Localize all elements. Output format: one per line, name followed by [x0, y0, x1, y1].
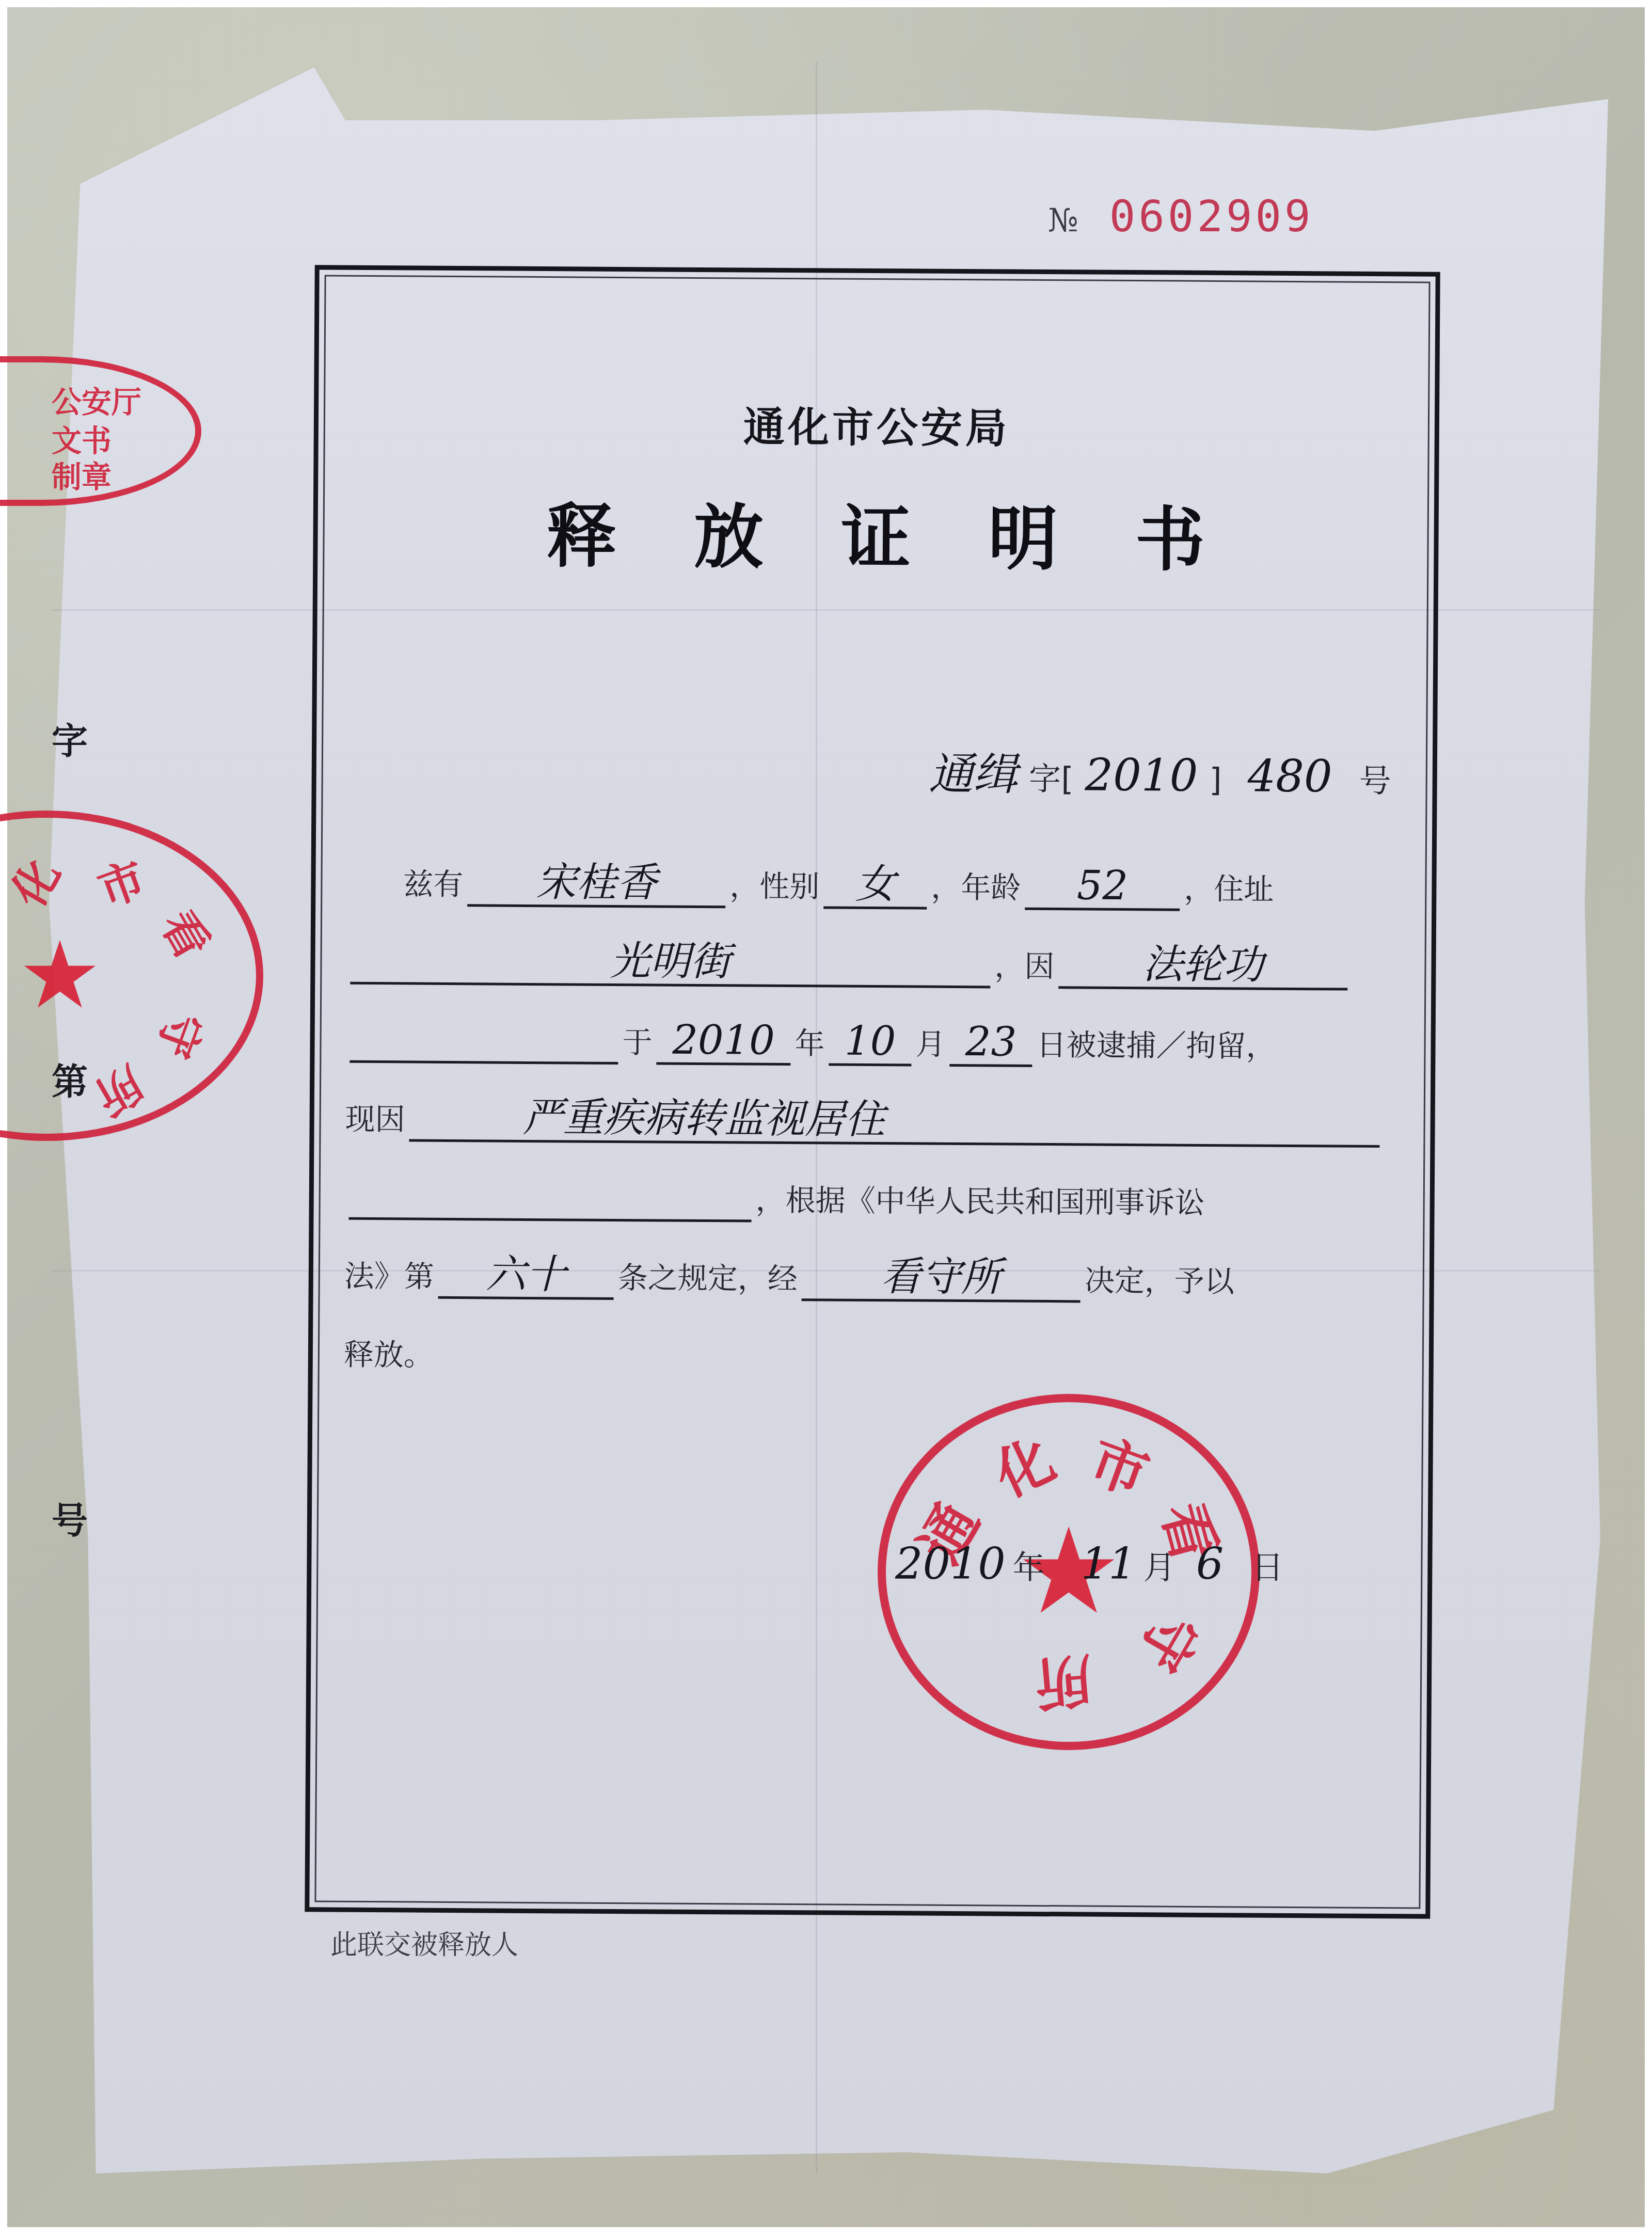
label-decide: 决定，予以 [1085, 1257, 1235, 1304]
field-address: 光明街 [350, 928, 991, 989]
field-reason: 法轮功 [1058, 932, 1348, 990]
label-reason: ，因 [994, 942, 1055, 989]
field-age: 52 [1025, 853, 1180, 911]
ref-hao: 号 [1359, 755, 1391, 801]
star-icon: ★ [18, 929, 101, 1022]
value-current-reason: 严重疾病转监视居住 [522, 1098, 885, 1140]
seal-text: 看 [148, 897, 227, 968]
value-age: 52 [1077, 865, 1129, 906]
field-article: 六十 [438, 1242, 614, 1300]
row-legal-basis: ，根据《中华人民共和国刑事诉讼 [344, 1141, 1399, 1226]
serial-value: 0602909 [1109, 191, 1314, 242]
edge-seal-top: 公安厅 文书 制章 [0, 356, 201, 506]
seal-text: 市 [88, 843, 153, 920]
value-reason: 法轮功 [1142, 944, 1263, 985]
field-blank [350, 1006, 618, 1065]
seal-text: 所 [1032, 1643, 1095, 1729]
value-gender: 女 [855, 864, 895, 904]
value-address: 光明街 [610, 941, 730, 982]
seal-text: 制章 [52, 453, 112, 496]
field-name: 宋桂香 [467, 850, 726, 908]
seal-text: 守 [1123, 1599, 1222, 1689]
document-title: 释放证明书 [317, 479, 1434, 585]
ref-bracket: [ [1061, 760, 1074, 798]
label-gender: ，性别 [729, 862, 820, 909]
seal-text: 化 [980, 1415, 1066, 1513]
row-address-reason: 光明街 ，因 法轮功 [346, 906, 1401, 991]
seal-text: 市 [1080, 1416, 1161, 1512]
issue-date: 2010 年 11 月 6 日 [888, 1538, 1283, 1589]
label-article: 条之规定，经 [618, 1253, 798, 1301]
ref-prefix: 通缉 [929, 738, 1018, 803]
row-personal-info: 兹有 宋桂香 ，性别 女 ，年龄 52 ，住址 [346, 828, 1401, 912]
stub-edge-char: 字 [52, 712, 88, 765]
field-arrest-year: 2010 [656, 1008, 791, 1066]
field-decider: 看守所 [802, 1244, 1081, 1303]
label-month: 月 [915, 1020, 946, 1067]
ref-bracket: ] [1209, 761, 1222, 799]
reference-number: 通缉 字 [ 2010 ] 480 号 [917, 738, 1391, 805]
row-article-decision: 法》第 六十 条之规定，经 看守所 决定，予以 [344, 1220, 1399, 1305]
ref-year: 2010 [1085, 750, 1198, 802]
row-current-reason: 现因 严重疾病转监视居住 [345, 1063, 1400, 1148]
row-arrest-date: 于 2010 年 10 月 23 日被逮捕／拘留， [345, 984, 1400, 1069]
field-arrest-day: 23 [949, 1010, 1032, 1067]
seal-text: 公安厅 [52, 378, 141, 421]
label-name: 兹有 [403, 860, 464, 907]
footer-note: 此联交被释放人 [330, 1923, 518, 1962]
value-arrest-day: 23 [965, 1022, 1017, 1062]
value-decider: 看守所 [881, 1257, 1002, 1297]
field-arrest-month: 10 [829, 1009, 912, 1066]
label-day-arrest: 日被逮捕／拘留， [1036, 1021, 1276, 1069]
stub-edge-char: 号 [52, 1492, 88, 1544]
issue-year: 2010 [895, 1538, 1006, 1589]
label-age: ，年龄 [931, 863, 1021, 910]
label-year: 年 [795, 1019, 825, 1066]
issue-day: 6 [1196, 1538, 1224, 1589]
certificate-body: 兹有 宋桂香 ，性别 女 ，年龄 52 ，住址 光明街 ，因 法轮功 于 201… [344, 828, 1401, 1383]
ref-number: 480 [1247, 750, 1332, 802]
seal-text: 所 [85, 1053, 156, 1132]
form-frame: 通化市公安局 释放证明书 通缉 字 [ 2010 ] 480 号 兹有 宋桂香 … [305, 265, 1440, 1918]
field-gender: 女 [823, 852, 927, 909]
label-day: 日 [1251, 1542, 1283, 1588]
value-article: 六十 [486, 1254, 566, 1295]
serial-label: № [1048, 201, 1078, 239]
field-current-reason: 严重疾病转监视居住 [409, 1085, 1380, 1148]
label-address: ，住址 [1184, 865, 1274, 912]
serial-number: № 0602909 [1048, 191, 1314, 242]
label-on: 于 [622, 1018, 653, 1065]
label-now: 现因 [345, 1095, 405, 1142]
issue-month: 11 [1081, 1538, 1136, 1589]
label-year: 年 [1013, 1542, 1045, 1588]
label-legal-basis: ，根据《中华人民共和国刑事诉讼 [755, 1176, 1205, 1225]
field-blank [348, 1163, 752, 1222]
edge-seal-middle: 化 市 看 守 所 ★ [0, 811, 263, 1141]
ref-zi: 字 [1029, 753, 1061, 799]
label-law: 法》第 [344, 1252, 435, 1299]
label-release: 释放。 [344, 1330, 434, 1377]
label-month: 月 [1143, 1542, 1176, 1588]
seal-text: 守 [145, 1004, 221, 1069]
row-release: 释放。 [344, 1298, 1399, 1383]
value-arrest-year: 2010 [672, 1020, 775, 1061]
issuing-agency: 通化市公安局 [319, 391, 1435, 457]
value-arrest-month: 10 [845, 1021, 896, 1062]
value-name: 宋桂香 [536, 862, 657, 903]
seal-text: 化 [0, 845, 73, 917]
